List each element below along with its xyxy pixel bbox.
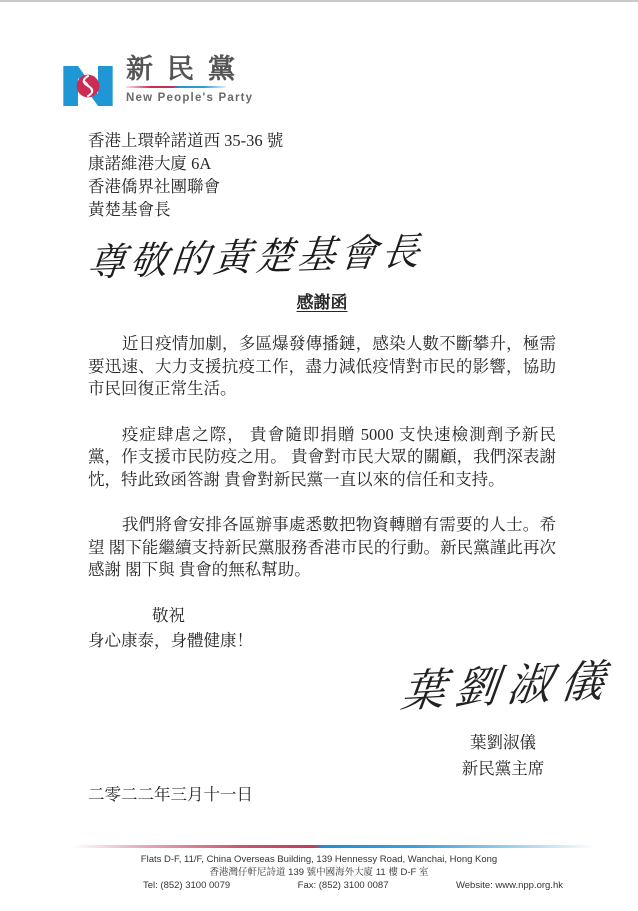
paragraph-3: 我們將會安排各區辦事處悉數把物資轉贈有需要的人士。希望 閣下能繼續支持新民黨服務… [88,514,556,582]
signer-block: 葉劉淑儀 新民黨主席 [438,730,568,782]
recipient-line: 康諾維港大廈 6A [88,152,283,175]
signer-role: 新民黨主席 [438,756,568,782]
logo-text-block: 新民黨 New People's Party [126,46,253,114]
recipient-address-block: 香港上環幹諾道西 35-36 號 康諾維港大廈 6A 香港僑界社團聯會 黃楚基會… [88,129,283,221]
footer-website: Website: www.npp.org.hk [456,879,563,892]
footer-address-chinese: 香港灣仔軒尼詩道 139 號中國海外大廈 11 樓 D-F 室 [0,866,638,879]
recipient-line: 香港僑界社團聯會 [88,175,283,198]
handwritten-salutation: 尊敬的黃楚基會長 [85,220,427,287]
letter-title: 感謝函 [88,288,556,313]
party-name-english: New People's Party [126,92,253,104]
letter-body: 近日疫情加劇，多區爆發傳播鏈，感染人數不斷攀升，極需要迅速、大力支援抗疫工作，盡… [88,333,556,653]
footer-tel: Tel: (852) 3100 0079 [143,879,230,892]
recipient-line: 黃楚基會長 [88,198,283,221]
letter-page: 新民黨 New People's Party 香港上環幹諾道西 35-36 號 … [0,0,638,911]
signer-name: 葉劉淑儀 [438,730,568,756]
footer-fax: Fax: (852) 3100 0087 [298,879,389,892]
npp-logo-icon [62,58,114,114]
handwritten-signature: 葉劉淑儀 [398,644,618,720]
party-name-chinese: 新民黨 [126,54,253,84]
recipient-line: 香港上環幹諾道西 35-36 號 [88,129,283,152]
logo-gradient-line [126,86,226,88]
footer-contact-row: Tel: (852) 3100 0079 Fax: (852) 3100 008… [143,879,563,892]
footer: Flats D-F, 11/F, China Overseas Building… [0,853,638,892]
paragraph-1: 近日疫情加劇，多區爆發傳播鏈，感染人數不斷攀升，極需要迅速、大力支援抗疫工作，盡… [88,333,556,401]
letter-date: 二零二二年三月十一日 [88,781,253,805]
footer-address-english: Flats D-F, 11/F, China Overseas Building… [0,853,638,866]
letterhead: 新民黨 New People's Party [62,46,253,114]
closing-wish: 身心康泰，身體健康！ [88,630,556,653]
footer-gradient-line [72,845,596,848]
closing-salute: 敬祝 [88,605,556,628]
paragraph-2: 疫症肆虐之際， 貴會隨即捐贈 5000 支快速檢測劑予新民黨，作支援市民防疫之用… [88,424,556,492]
